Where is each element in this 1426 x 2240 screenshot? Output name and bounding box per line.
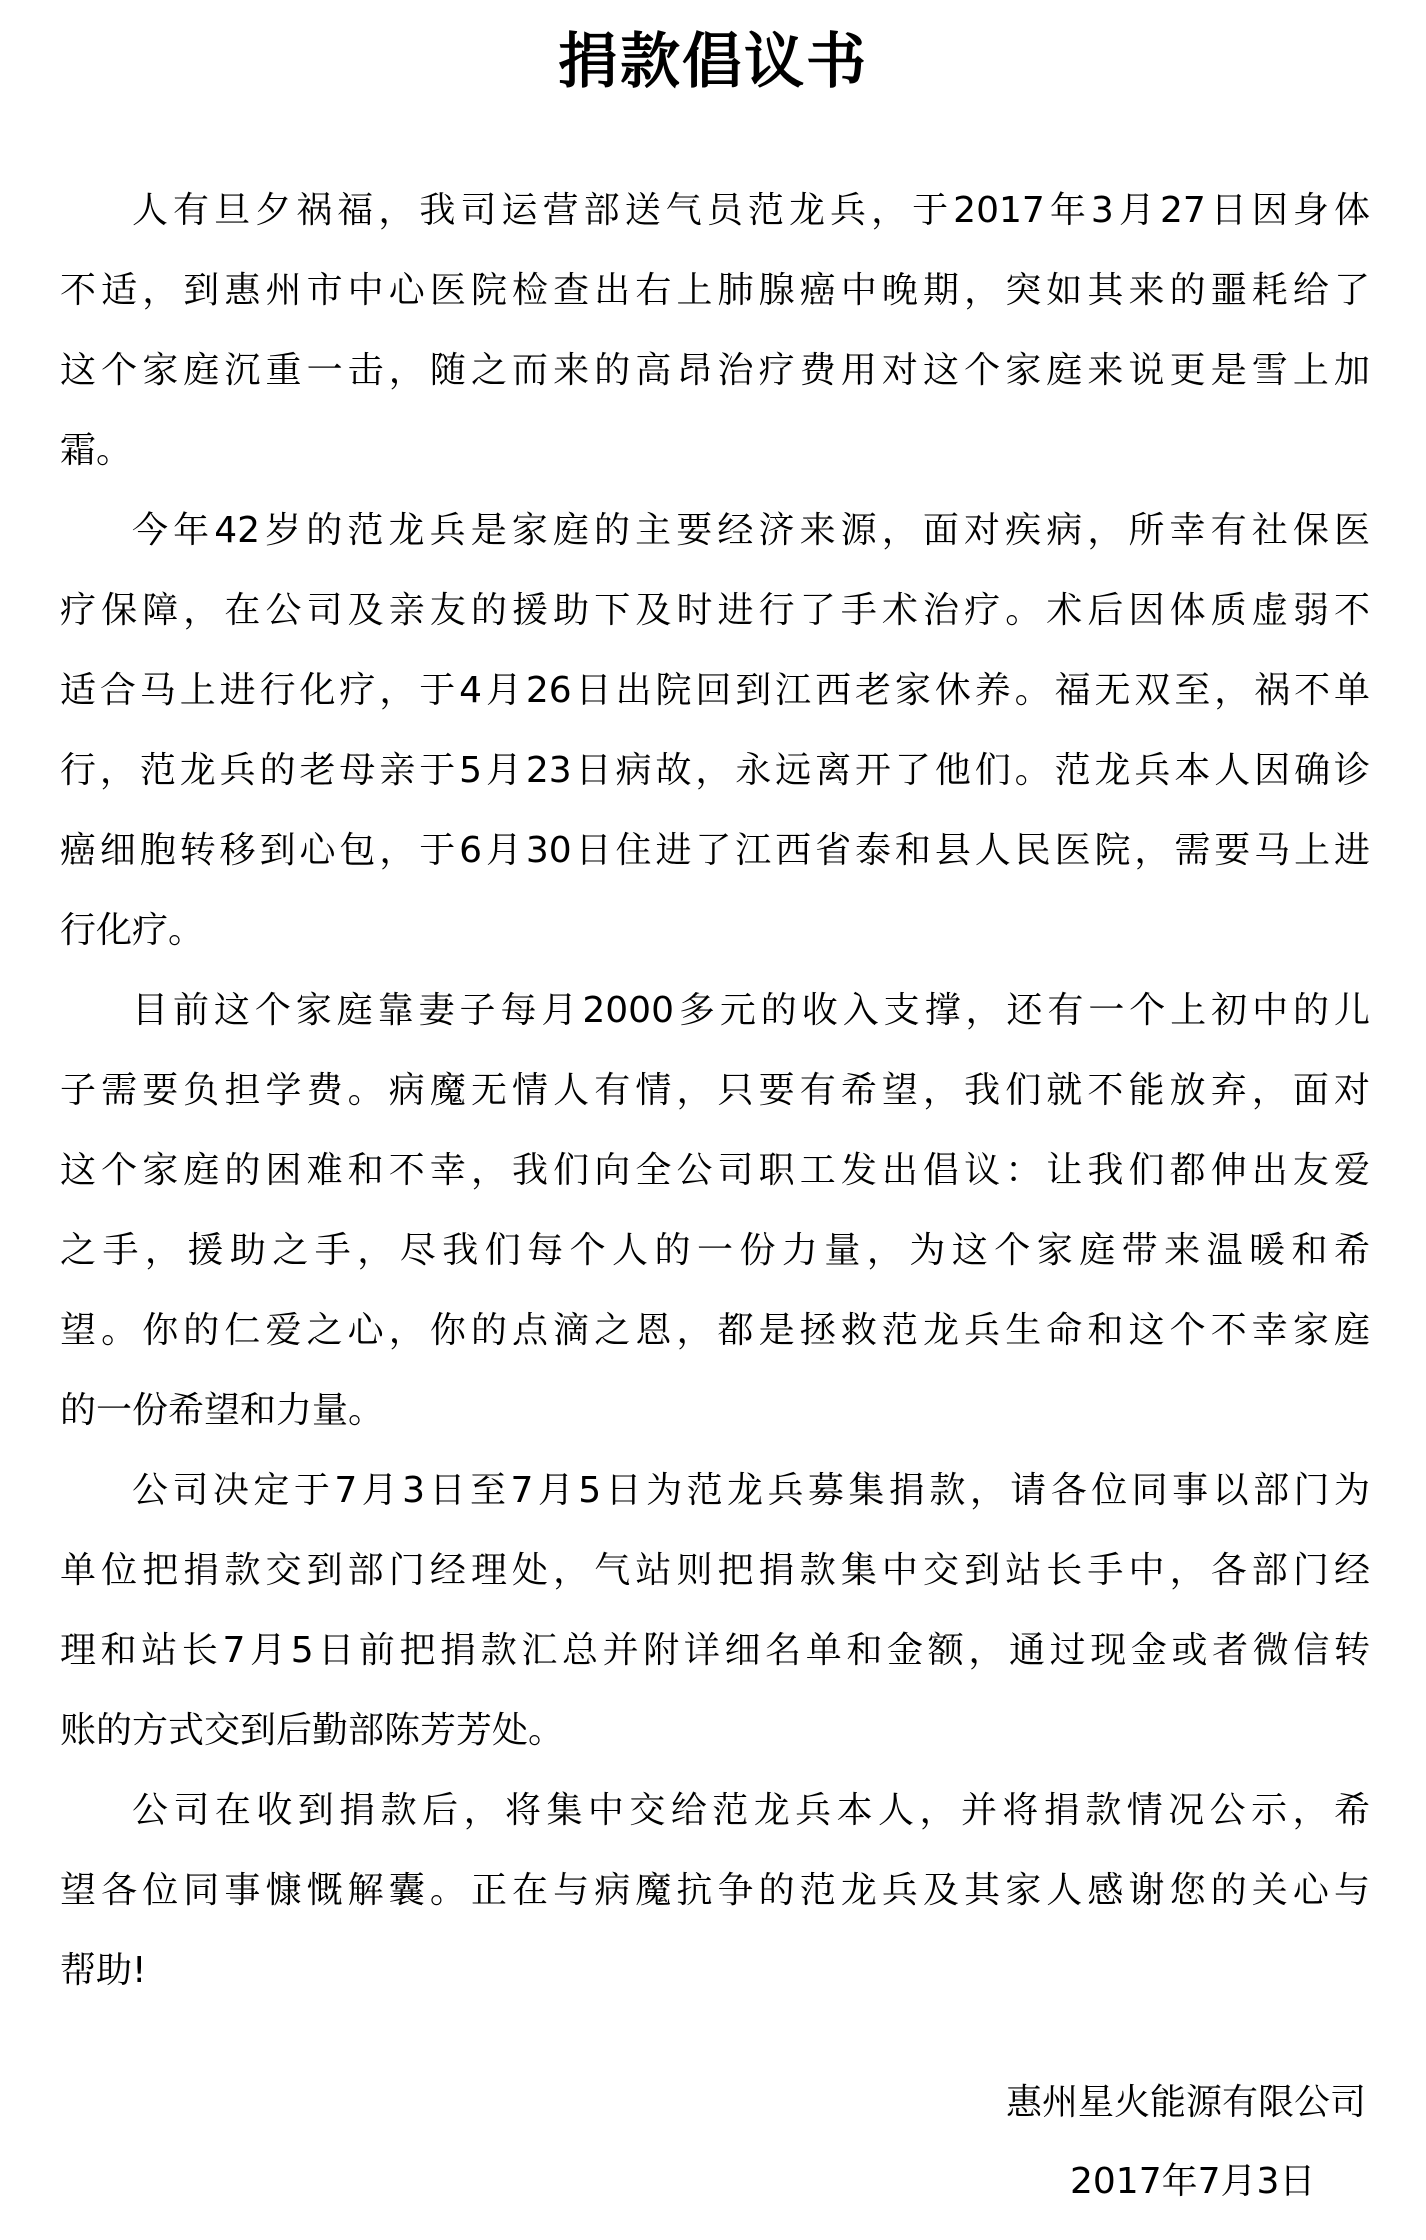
paragraph-line: 不适，到惠州市中心医院检查出右上肺腺癌中晚期，突如其来的噩耗给了 <box>60 251 1370 331</box>
paragraph-line: 账的方式交到后勤部陈芳芳处。 <box>60 1691 1370 1771</box>
paragraph-line: 之手，援助之手，尽我们每个人的一份力量，为这个家庭带来温暖和希 <box>60 1211 1370 1291</box>
paragraph-line: 行，范龙兵的老母亲于5月23日病故，永远离开了他们。范龙兵本人因确诊 <box>60 731 1370 811</box>
paragraph-2: 今年42岁的范龙兵是家庭的主要经济来源，面对疾病，所幸有社保医 疗保障，在公司及… <box>60 491 1370 971</box>
document-body: 人有旦夕祸福，我司运营部送气员范龙兵，于2017年3月27日因身体 不适，到惠州… <box>60 171 1370 2011</box>
paragraph-line: 霜。 <box>60 411 1370 491</box>
paragraph-line: 今年42岁的范龙兵是家庭的主要经济来源，面对疾病，所幸有社保医 <box>60 491 1370 571</box>
paragraph-4: 公司决定于7月3日至7月5日为范龙兵募集捐款，请各位同事以部门为 单位把捐款交到… <box>60 1451 1370 1771</box>
paragraph-line: 公司决定于7月3日至7月5日为范龙兵募集捐款，请各位同事以部门为 <box>60 1451 1370 1531</box>
paragraph-line: 单位把捐款交到部门经理处，气站则把捐款集中交到站长手中，各部门经 <box>60 1531 1370 1611</box>
paragraph-line: 望。你的仁爱之心，你的点滴之恩，都是拯救范龙兵生命和这个不幸家庭 <box>60 1291 1370 1371</box>
paragraph-line: 行化疗。 <box>60 891 1370 971</box>
paragraph-line: 望各位同事慷慨解囊。正在与病魔抗争的范龙兵及其家人感谢您的关心与 <box>60 1851 1370 1931</box>
paragraph-line: 目前这个家庭靠妻子每月2000多元的收入支撑，还有一个上初中的儿 <box>60 971 1370 1051</box>
document-title: 捐款倡议书 <box>0 22 1426 102</box>
paragraph-5: 公司在收到捐款后，将集中交给范龙兵本人，并将捐款情况公示，希 望各位同事慷慨解囊… <box>60 1771 1370 2011</box>
paragraph-line: 人有旦夕祸福，我司运营部送气员范龙兵，于2017年3月27日因身体 <box>60 171 1370 251</box>
paragraph-line: 子需要负担学费。病魔无情人有情，只要有希望，我们就不能放弃，面对 <box>60 1051 1370 1131</box>
paragraph-line: 帮助! <box>60 1931 1370 2011</box>
signature-date: 2017年7月3日 <box>1070 2142 1315 2222</box>
paragraph-line: 理和站长7月5日前把捐款汇总并附详细名单和金额，通过现金或者微信转 <box>60 1611 1370 1691</box>
paragraph-line: 这个家庭的困难和不幸，我们向全公司职工发出倡议：让我们都伸出友爱 <box>60 1131 1370 1211</box>
paragraph-line: 疗保障，在公司及亲友的援助下及时进行了手术治疗。术后因体质虚弱不 <box>60 571 1370 651</box>
paragraph-line: 这个家庭沉重一击，随之而来的高昂治疗费用对这个家庭来说更是雪上加 <box>60 331 1370 411</box>
company-signature: 惠州星火能源有限公司 <box>1006 2063 1366 2143</box>
paragraph-1: 人有旦夕祸福，我司运营部送气员范龙兵，于2017年3月27日因身体 不适，到惠州… <box>60 171 1370 491</box>
paragraph-3: 目前这个家庭靠妻子每月2000多元的收入支撑，还有一个上初中的儿 子需要负担学费… <box>60 971 1370 1451</box>
paragraph-line: 公司在收到捐款后，将集中交给范龙兵本人，并将捐款情况公示，希 <box>60 1771 1370 1851</box>
paragraph-line: 的一份希望和力量。 <box>60 1371 1370 1451</box>
paragraph-line: 癌细胞转移到心包，于6月30日住进了江西省泰和县人民医院，需要马上进 <box>60 811 1370 891</box>
paragraph-line: 适合马上进行化疗，于4月26日出院回到江西老家休养。福无双至，祸不单 <box>60 651 1370 731</box>
